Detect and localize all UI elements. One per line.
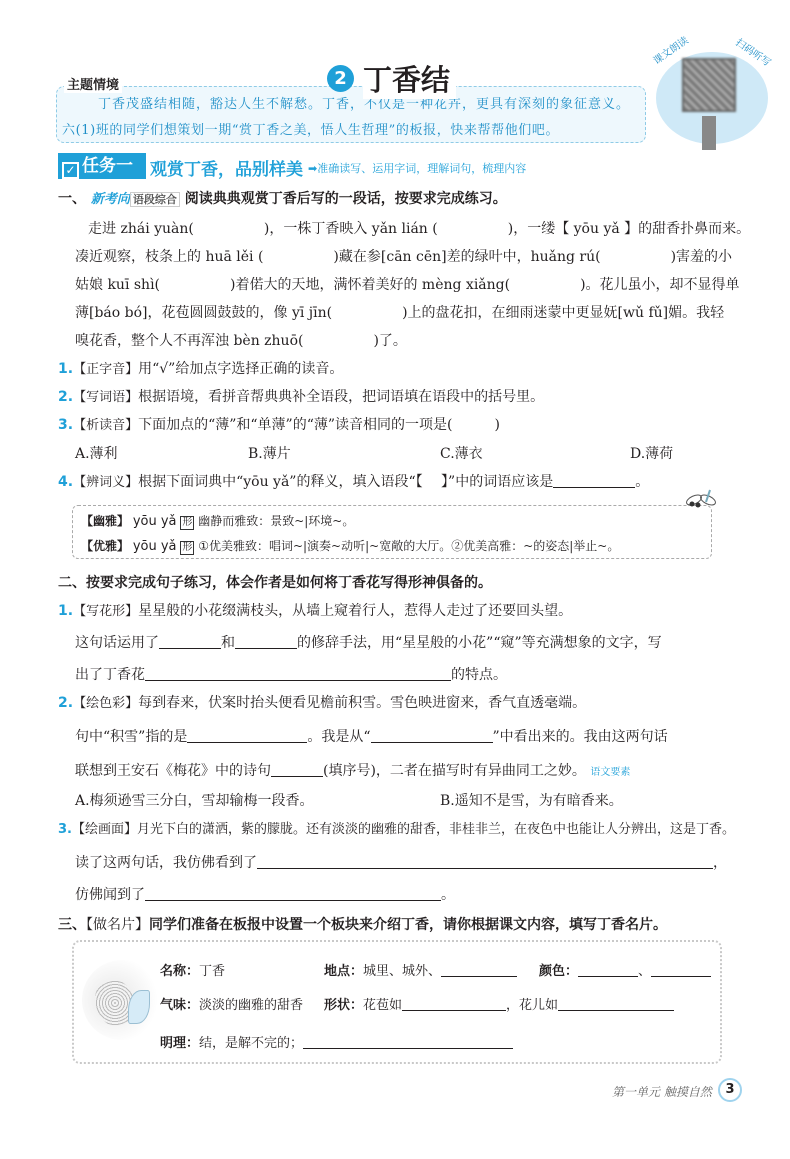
- answer-blank[interactable]: [235, 635, 297, 649]
- new-trend-tag: 新考向: [91, 192, 130, 207]
- text: 读了这两句话，我仿佛看到了: [75, 855, 257, 871]
- passage-line-3: 姑娘 kuī shì( )着偌大的天地，满怀着美好的 mèng xiǎng( )…: [75, 274, 740, 294]
- question-1-1: 1.【正字音】用“√”给加点字选择正确的读音。: [58, 358, 343, 378]
- text: ，: [713, 855, 727, 871]
- lesson-title: 丁香结: [363, 58, 456, 99]
- q2-3-line-2: 仿佛闻到了。: [75, 884, 455, 904]
- passage-line-2: 凑近观察，枝条上的 huā lěi ( )藏在参[cān cēn]差的绿叶中，h…: [75, 246, 732, 266]
- text: 的特点。: [451, 667, 507, 683]
- card-color: 颜色：、: [539, 960, 711, 979]
- text: 联想到王安石《梅花》中的诗句: [75, 763, 271, 779]
- question-1-2: 2.【写词语】根据语境，看拼音帮典典补全语段，把词语填在语段中的括号里。: [58, 386, 544, 406]
- tree-trunk-icon: [702, 116, 716, 150]
- dict-def: 幽静而雅致：景致~|环境~。: [198, 514, 354, 528]
- answer-blank[interactable]: [402, 997, 506, 1011]
- question-2-1: 1.【写花形】星星般的小花缀满枝头，从墙上窥着行人，惹得人走过了还要回头望。: [58, 600, 572, 620]
- card-shape: 形状：花苞如，花儿如: [324, 994, 674, 1013]
- question-tag: 【辨词义】: [73, 475, 138, 490]
- passage-line-1: 走进 zhái yuàn( )，一株丁香映入 yǎn lián ( )，一缕【 …: [88, 218, 750, 238]
- dictionary-box: 【幽雅】 yōu yǎ 形 幽静而雅致：景致~|环境~。 【优雅】 yōu yǎ…: [72, 505, 712, 559]
- theme-text-line-2: 六(1)班的同学们想策划一期“赏丁香之美，悟人生哲理”的板报，快来帮帮他们吧。: [62, 119, 559, 138]
- question-text: 每到春来，伏案时抬头便看见檐前积雪。雪色映进窗来，香气直透毫端。: [138, 695, 586, 711]
- section-3-prefix: 三、: [58, 917, 86, 933]
- dict-pos: 形: [180, 541, 194, 555]
- value: 结，是解不完的；: [199, 1036, 303, 1051]
- q2-1-line-2: 出了丁香花的特点。: [75, 664, 507, 684]
- question-2-2: 2.【绘色彩】每到春来，伏案时抬头便看见檐前积雪。雪色映进窗来，香气直透毫端。: [58, 692, 586, 712]
- text: 仿佛闻到了: [75, 887, 145, 903]
- qr-code-tree[interactable]: 课文朗读 扫码听写: [648, 40, 778, 155]
- card-name: 名称：丁香: [160, 960, 225, 979]
- section-1-prefix: 一、: [58, 191, 86, 207]
- question-number: 3.: [58, 822, 72, 837]
- answer-blank[interactable]: [271, 763, 323, 777]
- option-b[interactable]: B.薄片: [248, 443, 291, 463]
- q2-3-line-1: 读了这两句话，我仿佛看到了，: [75, 852, 727, 872]
- question-tag: 【写词语】: [73, 390, 138, 405]
- question-text: 根据语境，看拼音帮典典补全语段，把词语填在语段中的括号里。: [138, 389, 544, 405]
- answer-blank[interactable]: [187, 729, 307, 743]
- dict-pinyin: yōu yǎ: [133, 514, 177, 529]
- passage-line-4: 薄[báo bó]，花苞圆圆鼓鼓的，像 yī jīn( )上的盘花扣，在细雨迷蒙…: [75, 302, 724, 322]
- text: 。我是从“: [307, 729, 370, 745]
- q2-2-line-1: 句中“积雪”指的是。我是从“”中看出来的。我由这两句话: [75, 726, 668, 746]
- label: 气味：: [160, 998, 199, 1013]
- question-text: 月光下白的潇洒，紫的朦胧。还有淡淡的幽雅的甜香，非桂非兰，在夜色中也能让人分辨出…: [137, 822, 735, 837]
- text: 的修辞手法，用“星星般的小花”“窥”等充满想象的文字，写: [297, 635, 662, 651]
- dict-entry-1: 【幽雅】 yōu yǎ 形 幽静而雅致：景致~|环境~。: [81, 512, 354, 530]
- answer-blank[interactable]: [145, 887, 441, 901]
- dict-def: ①优美雅致：唱词~|演奏~动听|~宽敞的大厅。②优美高雅：~的姿态|举止~。: [198, 539, 619, 553]
- card-place: 地点：城里、城外、: [324, 960, 517, 979]
- card-reason: 明理：结，是解不完的；: [160, 1032, 513, 1051]
- dict-word: 【优雅】: [81, 539, 129, 553]
- question-text: 星星般的小花缀满枝头，从墙上窥着行人，惹得人走过了还要回头望。: [138, 603, 572, 619]
- text: (填序号)，二者在描写时有异曲同工之妙。: [323, 763, 586, 779]
- question-1-3: 3.【析读音】下面加点的“薄”和“单薄”的“薄”读音相同的一项是( ): [58, 414, 500, 434]
- q2-2-option-a[interactable]: A.梅须逊雪三分白，雪却输梅一段香。: [75, 790, 314, 810]
- value: 淡淡的幽雅的甜香: [199, 998, 303, 1013]
- leaf-icon: [128, 990, 150, 1024]
- question-number: 3.: [58, 417, 73, 433]
- text: 花苞如: [363, 998, 402, 1013]
- q2-2-line-2: 联想到王安石《梅花》中的诗句(填序号)，二者在描写时有异曲同工之妙。 语文要素: [75, 760, 630, 780]
- option-d[interactable]: D.薄荷: [630, 443, 673, 463]
- section-1-heading: 一、 新考向语段综合 阅读典典观赏丁香后写的一段话，按要求完成练习。: [58, 188, 507, 208]
- theme-label: 主题情境: [64, 74, 122, 93]
- label: 颜色：: [539, 964, 578, 979]
- text: 和: [221, 635, 235, 651]
- question-number: 2.: [58, 389, 73, 405]
- answer-blank[interactable]: [257, 855, 713, 869]
- question-tag: 【写花形】: [73, 604, 138, 619]
- task-badge-label: 任务一: [82, 156, 133, 176]
- section-2-heading: 二、按要求完成句子练习，体会作者是如何将丁香花写得形神俱备的。: [58, 572, 492, 592]
- lilac-flower-image: [82, 960, 162, 1040]
- checkbox-icon: ✓: [62, 162, 79, 179]
- answer-blank[interactable]: [553, 474, 635, 488]
- question-text: 下面加点的“薄”和“单薄”的“薄”读音相同的一项是( ): [138, 417, 500, 433]
- text: ，花儿如: [506, 998, 558, 1013]
- option-c[interactable]: C.薄衣: [440, 443, 483, 463]
- question-type-tag: 语段综合: [130, 192, 180, 207]
- question-text: 根据下面词典中“yōu yǎ”的释义，填入语段“【 】”中的词语应该是: [138, 474, 553, 490]
- language-element-badge: 语文要素: [590, 767, 630, 778]
- text: ”中看出来的。我由这两句话: [493, 729, 668, 745]
- dict-entry-2: 【优雅】 yōu yǎ 形 ①优美雅致：唱词~|演奏~动听|~宽敞的大厅。②优美…: [81, 537, 619, 555]
- dict-pos: 形: [180, 516, 194, 530]
- question-tag: 【做名片】: [86, 917, 149, 933]
- answer-blank[interactable]: [145, 667, 451, 681]
- text: 这句话运用了: [75, 635, 159, 651]
- qr-code-icon[interactable]: [682, 58, 736, 112]
- answer-blank[interactable]: [159, 635, 221, 649]
- task-badge: ✓任务一: [58, 153, 146, 179]
- text: 句中“积雪”指的是: [75, 729, 187, 745]
- answer-blank[interactable]: [441, 963, 517, 977]
- question-tag: 【正字音】: [73, 362, 138, 377]
- q2-1-line-1: 这句话运用了和的修辞手法，用“星星般的小花”“窥”等充满想象的文字，写: [75, 632, 662, 652]
- option-a[interactable]: A.薄利: [75, 443, 118, 463]
- label: 明理：: [160, 1036, 199, 1051]
- answer-blank[interactable]: [371, 729, 493, 743]
- lesson-number-badge: 2: [327, 65, 354, 92]
- question-text: 用“√”给加点字选择正确的读音。: [138, 361, 343, 377]
- text: 。: [441, 887, 455, 903]
- dict-word: 【幽雅】: [81, 514, 129, 528]
- answer-blank[interactable]: [558, 997, 674, 1011]
- answer-blank[interactable]: [651, 963, 711, 977]
- question-number: 1.: [58, 603, 73, 619]
- question-number: 2.: [58, 695, 73, 711]
- task-subtitle: ➡准确读写、运用字词，理解词句，梳理内容: [308, 160, 526, 176]
- question-2-3: 3.【绘画面】月光下白的潇洒，紫的朦胧。还有淡淡的幽雅的甜香，非桂非兰，在夜色中…: [58, 818, 735, 837]
- section-1-text: 阅读典典观赏丁香后写的一段话，按要求完成练习。: [185, 191, 507, 207]
- label: 名称：: [160, 964, 199, 979]
- question-1-4: 4.【辨词义】根据下面词典中“yōu yǎ”的释义，填入语段“【 】”中的词语应…: [58, 471, 649, 491]
- question-tag: 【绘色彩】: [73, 696, 138, 711]
- question-tag: 【析读音】: [73, 418, 138, 433]
- section-3-heading: 三、【做名片】同学们准备在板报中设置一个板块来介绍丁香，请你根据课文内容，填写丁…: [58, 914, 667, 934]
- question-tag: 【绘画面】: [72, 822, 137, 837]
- label: 形状：: [324, 998, 363, 1013]
- question-number: 4.: [58, 474, 73, 490]
- value: 丁香: [199, 964, 225, 979]
- page-number: 3: [718, 1078, 742, 1102]
- lilac-name-card: 名称：丁香 地点：城里、城外、 颜色：、 气味：淡淡的幽雅的甜香 形状：花苞如，…: [72, 940, 722, 1064]
- label: 地点：: [324, 964, 363, 979]
- section-3-text: 同学们准备在板报中设置一个板块来介绍丁香，请你根据课文内容，填写丁香名片。: [149, 917, 667, 933]
- value: 城里、城外、: [363, 964, 441, 979]
- task-title: 观赏丁香，品别样美: [150, 155, 303, 180]
- unit-label: 第一单元 触摸自然: [612, 1083, 712, 1100]
- passage-line-5: 嗅花香，整个人不再浑浊 bèn zhuō( )了。: [75, 330, 407, 350]
- dict-pinyin: yōu yǎ: [133, 539, 177, 554]
- text: 、: [638, 964, 651, 979]
- card-smell: 气味：淡淡的幽雅的甜香: [160, 994, 303, 1013]
- answer-blank[interactable]: [578, 963, 638, 977]
- q2-2-option-b[interactable]: B.遥知不是雪，为有暗香来。: [440, 790, 623, 810]
- answer-blank[interactable]: [303, 1035, 513, 1049]
- question-number: 1.: [58, 361, 73, 377]
- dragonfly-icon: [682, 488, 722, 512]
- text: 出了丁香花: [75, 667, 145, 683]
